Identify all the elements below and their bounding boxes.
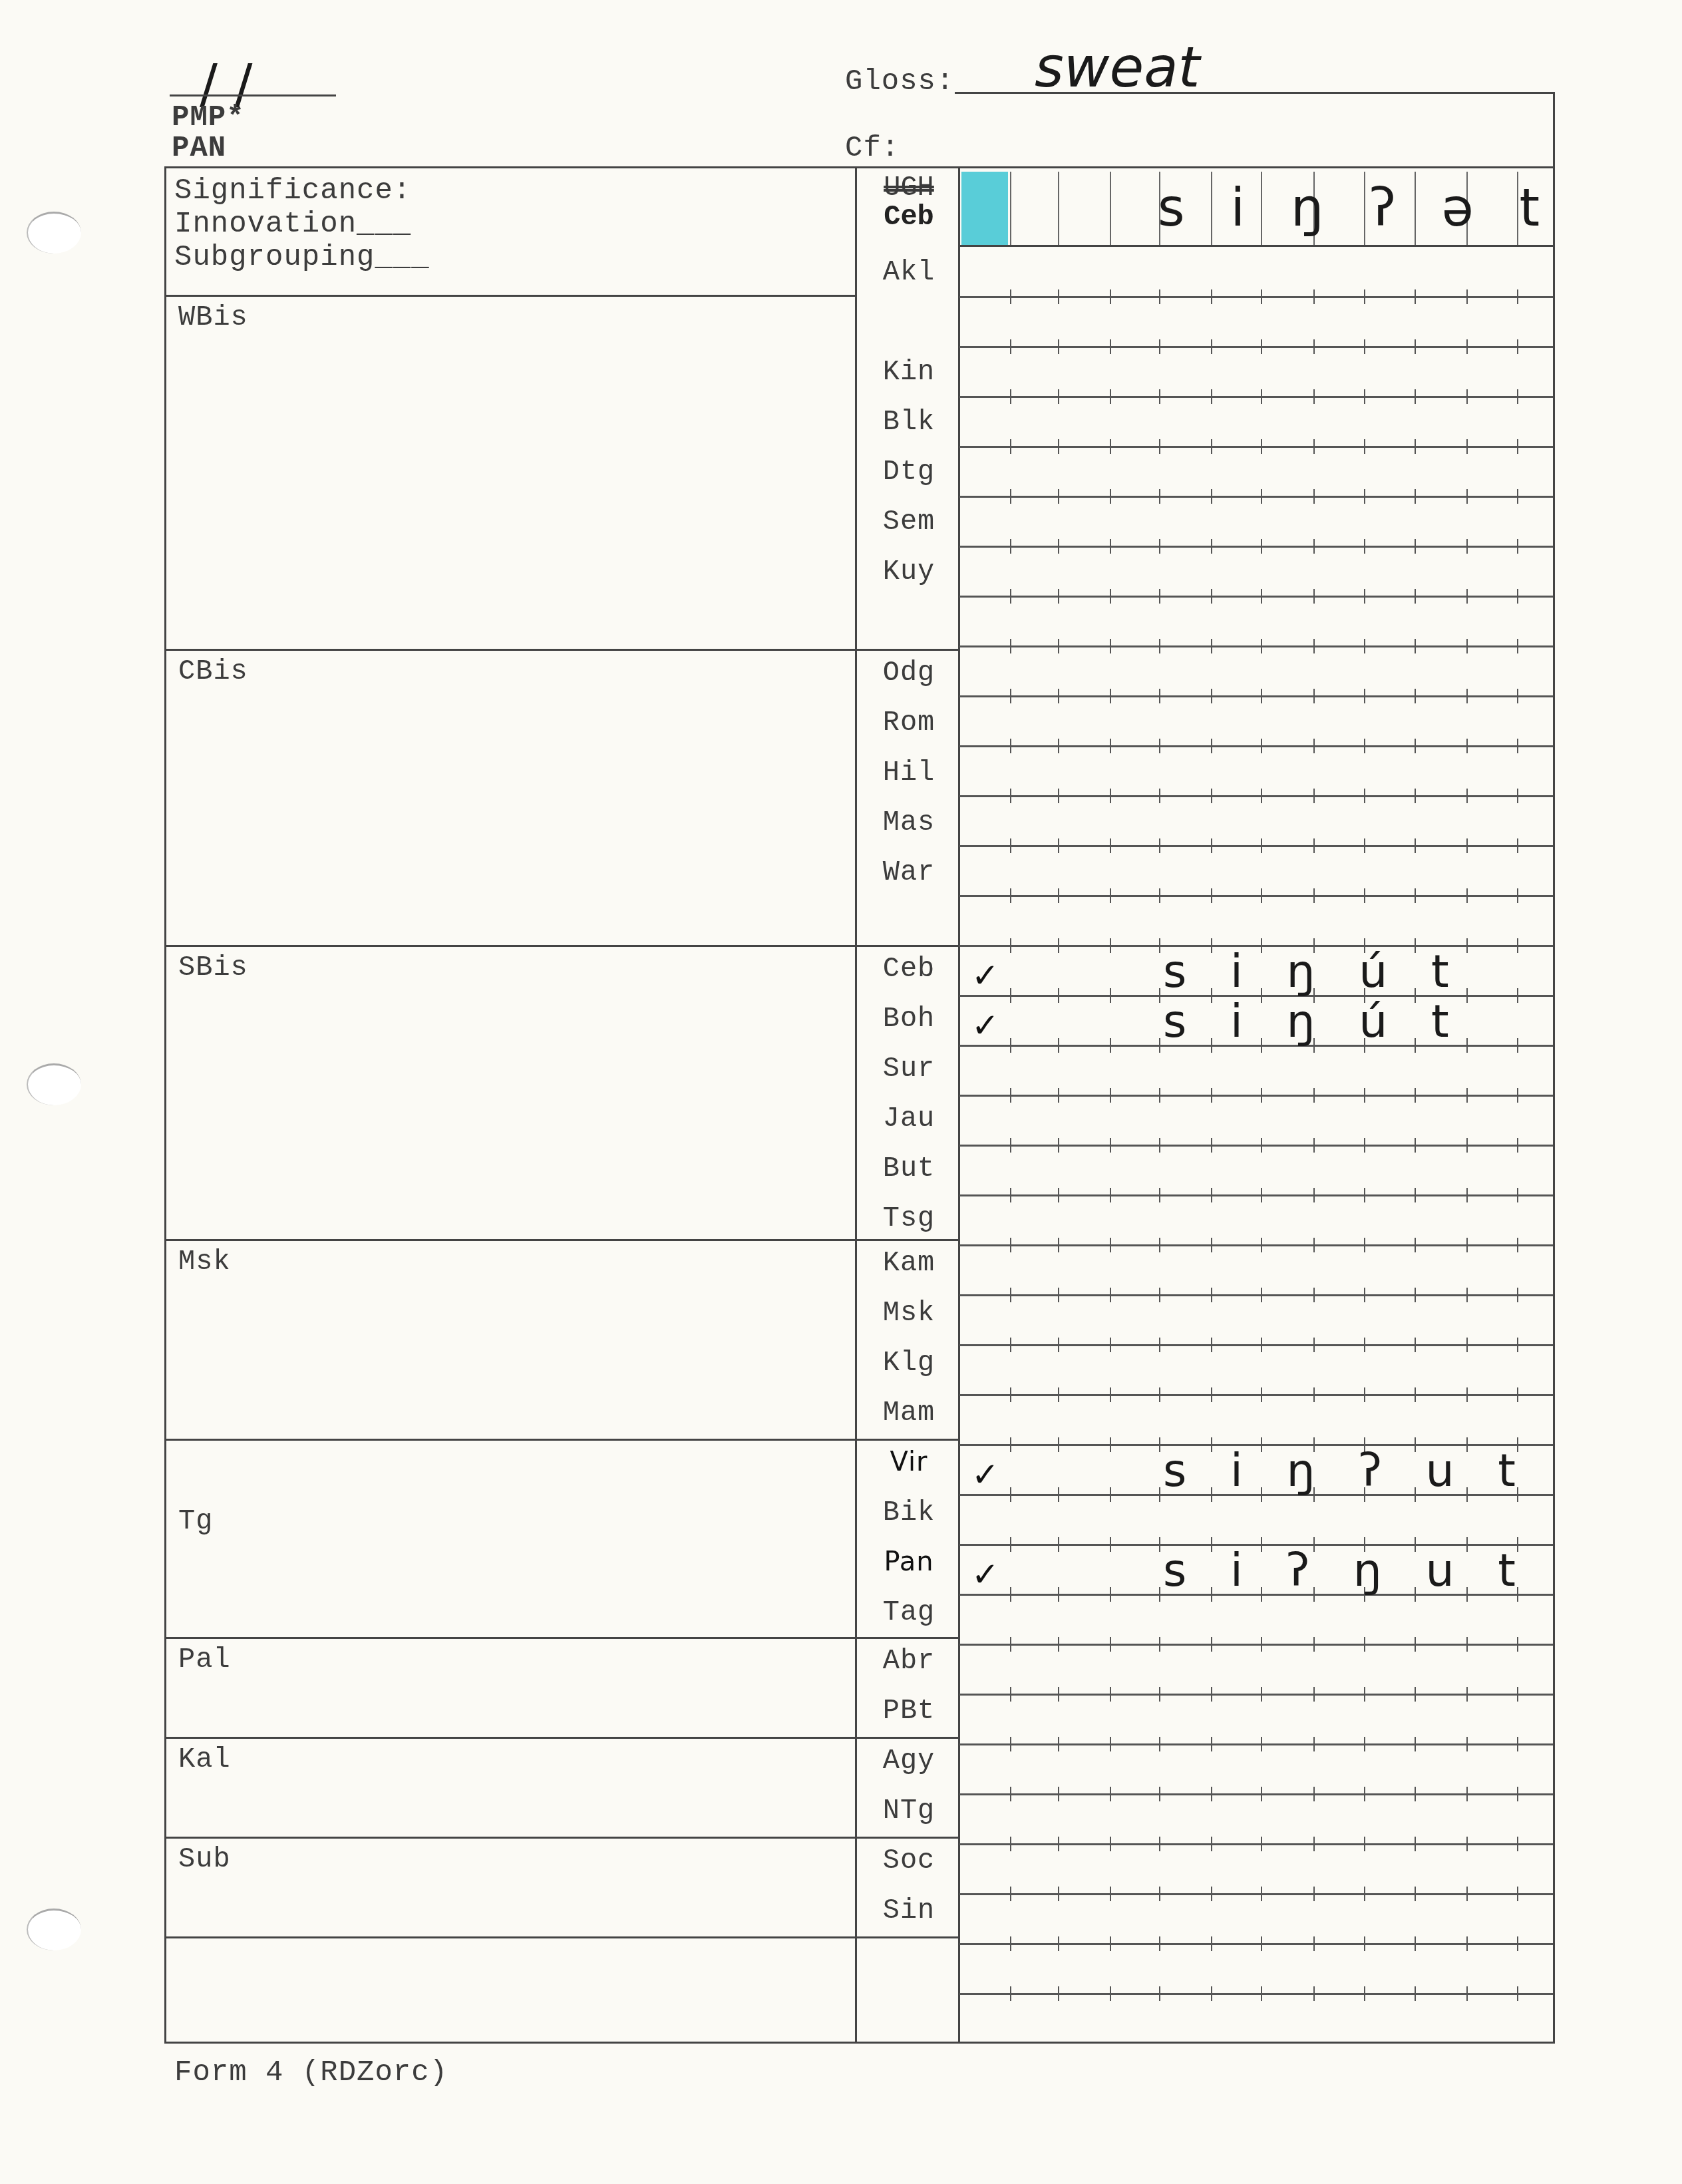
grid-tick [1159,1487,1160,1502]
grid-tick [1058,1537,1059,1552]
grid-tick [1313,1986,1315,2001]
grid-tick [1010,1737,1011,1751]
grid-tick [1415,739,1416,753]
grid-tick [1110,339,1111,354]
lang-label-rom: Rom [862,707,955,739]
entry-row-rule [959,895,1553,897]
lang-label-soc: Soc [862,1845,955,1877]
grid-tick [1364,1737,1365,1751]
grid-tick [1058,389,1059,404]
grid-tick [1364,1338,1365,1352]
grid-tick [1010,289,1011,304]
lang-label-vir: Vir [862,1447,955,1477]
grid-tick [1415,789,1416,803]
grid-tick [1110,439,1111,454]
grid-tick [1110,988,1111,1003]
grid-tick [1313,639,1315,653]
group-label-tg: Tg [178,1505,213,1537]
grid-tick [1110,1687,1111,1702]
grid-tick [1261,439,1262,454]
grid-tick [1058,1288,1059,1302]
grid-tick [1313,1387,1315,1402]
grid-tick [1466,1288,1468,1302]
grid-tick [1261,1288,1262,1302]
grid-tick [1364,1887,1365,1901]
grid-tick [1415,1936,1416,1951]
grid-tick [1159,489,1160,504]
grid-tick [1159,1837,1160,1851]
entry-form-boh[interactable]: s i ŋ ú t [1163,996,1464,1048]
grid-tick [1313,1138,1315,1153]
grid-tick [1058,539,1059,554]
grid-tick [1058,1837,1059,1851]
grid-tick [1211,1138,1212,1153]
grid-tick [1466,1787,1468,1801]
lang-label-agy: Agy [862,1745,955,1777]
table-top-border [164,166,1555,168]
grid-tick [1110,1537,1111,1552]
grid-tick [1517,739,1518,753]
grid-tick [1313,539,1315,554]
grid-tick [1517,1138,1518,1153]
grid-tick [1517,938,1518,953]
grid-tick [1010,589,1011,604]
entry-form-vir[interactable]: s i ŋ ʔ u t [1163,1445,1530,1497]
grid-tick [1211,1637,1212,1652]
grid-tick [1517,1737,1518,1751]
grid-tick [1313,439,1315,454]
grid-tick [1364,389,1365,404]
grid-tick [1466,1188,1468,1202]
group-divider [164,1837,959,1839]
grid-tick [1110,1387,1111,1402]
grid-tick [1261,1338,1262,1352]
grid-tick [1110,1238,1111,1252]
grid-tick [1313,1238,1315,1252]
entry-row-rule [959,1145,1553,1147]
grid-tick [1010,1387,1011,1402]
grid-tick [1159,1387,1160,1402]
lang-label-dtg: Dtg [862,456,955,488]
grid-tick [1058,988,1059,1003]
grid-tick [1110,1138,1111,1153]
grid-tick [1211,689,1212,703]
grid-tick [1364,689,1365,703]
grid-tick [1415,838,1416,853]
grid-tick [1010,1088,1011,1103]
grid-tick [1517,1288,1518,1302]
grid-tick [1110,639,1111,653]
grid-cell-divider [1058,172,1059,245]
reconstruction-row-rule [958,245,1554,247]
grid-tick [1010,789,1011,803]
grid-tick [1466,938,1468,953]
grid-tick [1466,1088,1468,1103]
grid-tick [1110,539,1111,554]
grid-tick [1364,1188,1365,1202]
entry-row-rule [959,1993,1553,1995]
grid-tick [1058,739,1059,753]
grid-tick [1211,1837,1212,1851]
grid-tick [1466,1387,1468,1402]
grid-tick [1415,339,1416,354]
grid-tick [1415,1737,1416,1751]
grid-tick [1159,1437,1160,1452]
grid-tick [1010,339,1011,354]
grid-tick [1466,1936,1468,1951]
grid-tick [1010,689,1011,703]
label-col-left-border [855,166,857,2043]
grid-tick [1058,1238,1059,1252]
grid-tick [1211,1188,1212,1202]
grid-tick [1517,1837,1518,1851]
grid-tick [1517,1038,1518,1053]
group-divider [164,1737,959,1739]
grid-tick [1261,339,1262,354]
grid-tick [1211,539,1212,554]
grid-tick [1517,1338,1518,1352]
grid-tick [1313,589,1315,604]
grid-tick [1415,689,1416,703]
grid-tick [1466,838,1468,853]
grid-tick [1261,1737,1262,1751]
entry-row-rule [959,745,1553,747]
entry-row-rule [959,1943,1553,1945]
grid-tick [1159,888,1160,903]
grid-tick [1261,489,1262,504]
grid-tick [1159,1887,1160,1901]
grid-tick [1517,1687,1518,1702]
lang-label-mas: Mas [862,807,955,838]
grid-tick [1261,1387,1262,1402]
grid-tick [1261,1188,1262,1202]
grid-tick [1415,639,1416,653]
grid-tick [1313,1288,1315,1302]
grid-tick [1313,1188,1315,1202]
grid-tick [1364,739,1365,753]
binder-hole [27,212,81,254]
grid-tick [1466,689,1468,703]
grid-tick [1313,289,1315,304]
table-right-border [1553,92,1555,2043]
grid-tick [1159,838,1160,853]
grid-tick [1517,1637,1518,1652]
lang-label-akl: Akl [862,256,955,288]
group-divider [164,1936,959,1938]
grid-tick [1058,938,1059,953]
grid-tick [1110,1837,1111,1851]
grid-tick [1010,1138,1011,1153]
grid-tick [1261,589,1262,604]
grid-tick [1364,589,1365,604]
grid-tick [1517,439,1518,454]
grid-tick [1415,888,1416,903]
grid-tick [1261,1238,1262,1252]
grid-tick [1110,1787,1111,1801]
entry-row-rule [959,1743,1553,1745]
grid-tick [1058,639,1059,653]
lang-label-bik: Bik [862,1497,955,1529]
grid-tick [1058,1038,1059,1053]
grid-tick [1010,539,1011,554]
grid-tick [1110,1088,1111,1103]
grid-tick [1058,1487,1059,1502]
gloss-underline [955,92,1554,94]
grid-tick [1058,1338,1059,1352]
lang-label-sur: Sur [862,1053,955,1085]
grid-tick [1261,838,1262,853]
grid-tick [1058,1387,1059,1402]
grid-tick [1010,988,1011,1003]
grid-tick [1058,1088,1059,1103]
grid-tick [1261,1088,1262,1103]
grid-tick [1110,739,1111,753]
entry-row-rule [959,1294,1553,1296]
grid-tick [1517,1986,1518,2001]
grid-tick [1364,1637,1365,1652]
grid-tick [1058,489,1059,504]
grid-tick [1313,1338,1315,1352]
grid-tick [1364,1837,1365,1851]
grid-tick [1010,1587,1011,1602]
entry-row-rule [959,1843,1553,1845]
grid-tick [1261,1986,1262,2001]
cf-label: Cf: [845,132,900,165]
grid-tick [1517,339,1518,354]
grid-tick [1364,789,1365,803]
grid-tick [1261,289,1262,304]
checkmark-icon[interactable]: ✓ [971,1455,999,1494]
grid-tick [1466,888,1468,903]
grid-tick [1110,1338,1111,1352]
grid-tick [1010,1936,1011,1951]
grid-tick [1211,489,1212,504]
grid-tick [1058,289,1059,304]
grid-tick [1159,739,1160,753]
grid-tick [1211,339,1212,354]
grid-tick [1261,1637,1262,1652]
grid-tick [1211,888,1212,903]
grid-tick [1010,1487,1011,1502]
grid-tick [1110,1737,1111,1751]
entry-row-rule [959,795,1553,797]
grid-tick [1058,689,1059,703]
grid-tick [1110,589,1111,604]
checkmark-icon[interactable]: ✓ [971,1006,999,1045]
grid-tick [1313,1837,1315,1851]
grid-tick [1211,589,1212,604]
grid-tick [1211,1986,1212,2001]
grid-tick [1517,988,1518,1003]
grid-tick [1466,1887,1468,1901]
grid-tick [1010,1537,1011,1552]
grid-tick [1010,1288,1011,1302]
grid-tick [1466,439,1468,454]
grid-tick [1466,1687,1468,1702]
entry-row-rule [959,596,1553,598]
grid-tick [1364,289,1365,304]
grid-tick [1415,1837,1416,1851]
grid-tick [1261,539,1262,554]
reconstruction-form[interactable]: s i ŋ ʔ ə t [1158,178,1554,238]
entry-row-rule [959,446,1553,448]
grid-tick [1466,988,1468,1003]
lang-reconstruction-label: Ceb [862,201,955,233]
proto-label-pan: PAN [172,132,226,165]
grid-tick [1211,289,1212,304]
grid-tick [1110,289,1111,304]
lang-label-kam: Kam [862,1247,955,1279]
grid-tick [1517,489,1518,504]
innovation-field[interactable]: Innovation___ [174,208,411,241]
grid-tick [1364,1238,1365,1252]
grid-tick [1010,639,1011,653]
grid-tick [1313,489,1315,504]
grid-tick [1364,1288,1365,1302]
grid-tick [1110,1637,1111,1652]
group-label-wbis: WBis [178,301,248,333]
lang-label-mam: Mam [862,1397,955,1429]
entry-row-rule [959,496,1553,498]
grid-tick [1211,1288,1212,1302]
grid-tick [1466,389,1468,404]
grid-tick [1110,389,1111,404]
entry-form-ceb[interactable]: s i ŋ ú t [1163,946,1464,998]
grid-tick [1010,389,1011,404]
entry-row-rule [959,695,1553,697]
grid-tick [1466,289,1468,304]
grid-tick [1010,1887,1011,1901]
grid-tick [1110,1887,1111,1901]
grid-tick [1110,789,1111,803]
grid-tick [1466,739,1468,753]
checkmark-icon[interactable]: ✓ [971,1555,999,1594]
grid-tick [1010,1986,1011,2001]
grid-tick [1058,1188,1059,1202]
gloss-value[interactable]: sweat [1035,35,1200,100]
group-label-pal: Pal [178,1644,231,1676]
grid-tick [1313,389,1315,404]
grid-tick [1058,1737,1059,1751]
grid-tick [1058,1637,1059,1652]
grid-tick [1415,489,1416,504]
entry-row-rule [959,1194,1553,1196]
grid-tick [1159,1687,1160,1702]
form-footer: Form 4 (RDZorc) [174,2056,448,2090]
grid-tick [1110,938,1111,953]
grid-tick [1261,789,1262,803]
grid-tick [1364,888,1365,903]
entry-row-rule [959,1644,1553,1646]
grid-tick [1058,1787,1059,1801]
proto-label-pmp: PMP* [172,101,245,134]
grid-tick [1261,1887,1262,1901]
lang-label-ceb: Ceb [862,953,955,985]
grid-tick [1159,1587,1160,1602]
grid-tick [1211,838,1212,853]
grid-tick [1517,639,1518,653]
table-bottom-border [164,2042,1555,2044]
grid-tick [1261,888,1262,903]
grid-tick [1415,539,1416,554]
grid-tick [1364,439,1365,454]
grid-tick [1517,888,1518,903]
grid-tick [1261,1837,1262,1851]
grid-tick [1159,1737,1160,1751]
lang-label-abr: Abr [862,1645,955,1677]
grid-tick [1211,1238,1212,1252]
entry-row-rule [959,1893,1553,1895]
entry-row-rule [959,1095,1553,1097]
grid-tick [1313,1088,1315,1103]
grid-tick [1058,339,1059,354]
grid-tick [1517,789,1518,803]
entry-form-pan[interactable]: s i ʔ ŋ u t [1163,1545,1530,1597]
grid-tick [1159,1338,1160,1352]
grid-tick [1466,1338,1468,1352]
lang-label-tsg: Tsg [862,1202,955,1234]
grid-tick [1110,1038,1111,1053]
grid-tick [1058,888,1059,903]
grid-tick [1313,1887,1315,1901]
grid-tick [1058,789,1059,803]
grid-tick [1313,1787,1315,1801]
entry-row-rule [959,546,1553,548]
grid-tick [1211,439,1212,454]
grid-tick [1415,1637,1416,1652]
grid-tick [1110,888,1111,903]
grid-tick [1415,1138,1416,1153]
grid-tick [1364,1387,1365,1402]
grid-tick [1313,1936,1315,1951]
grid-tick [1110,489,1111,504]
grid-tick [1010,888,1011,903]
grid-tick [1159,539,1160,554]
subgrouping-field[interactable]: Subgrouping___ [174,241,430,274]
grid-tick [1010,489,1011,504]
grid-tick [1159,439,1160,454]
grid-tick [1110,838,1111,853]
grid-tick [1058,589,1059,604]
grid-tick [1211,789,1212,803]
grid-tick [1211,389,1212,404]
grid-tick [1313,789,1315,803]
grid-tick [1159,1088,1160,1103]
grid-tick [1261,1138,1262,1153]
entry-row-rule [959,845,1553,847]
lang-label-odg: Odg [862,657,955,689]
grid-tick [1313,1637,1315,1652]
grid-cell-divider [1010,172,1011,245]
grid-tick [1010,1038,1011,1053]
grid-tick [1159,589,1160,604]
grid-tick [1261,1936,1262,1951]
grid-tick [1010,1787,1011,1801]
entry-row-rule [959,1244,1553,1246]
grid-tick [1466,339,1468,354]
grid-tick [1110,1288,1111,1302]
grid-tick [1466,1637,1468,1652]
entry-row-rule [959,1793,1553,1795]
grid-tick [1159,1288,1160,1302]
lang-label-jau: Jau [862,1103,955,1135]
grid-tick [1313,888,1315,903]
checkmark-icon[interactable]: ✓ [971,956,999,995]
grid-tick [1159,1038,1160,1053]
entry-row-rule [959,645,1553,647]
grid-tick [1313,838,1315,853]
grid-tick [1364,1088,1365,1103]
